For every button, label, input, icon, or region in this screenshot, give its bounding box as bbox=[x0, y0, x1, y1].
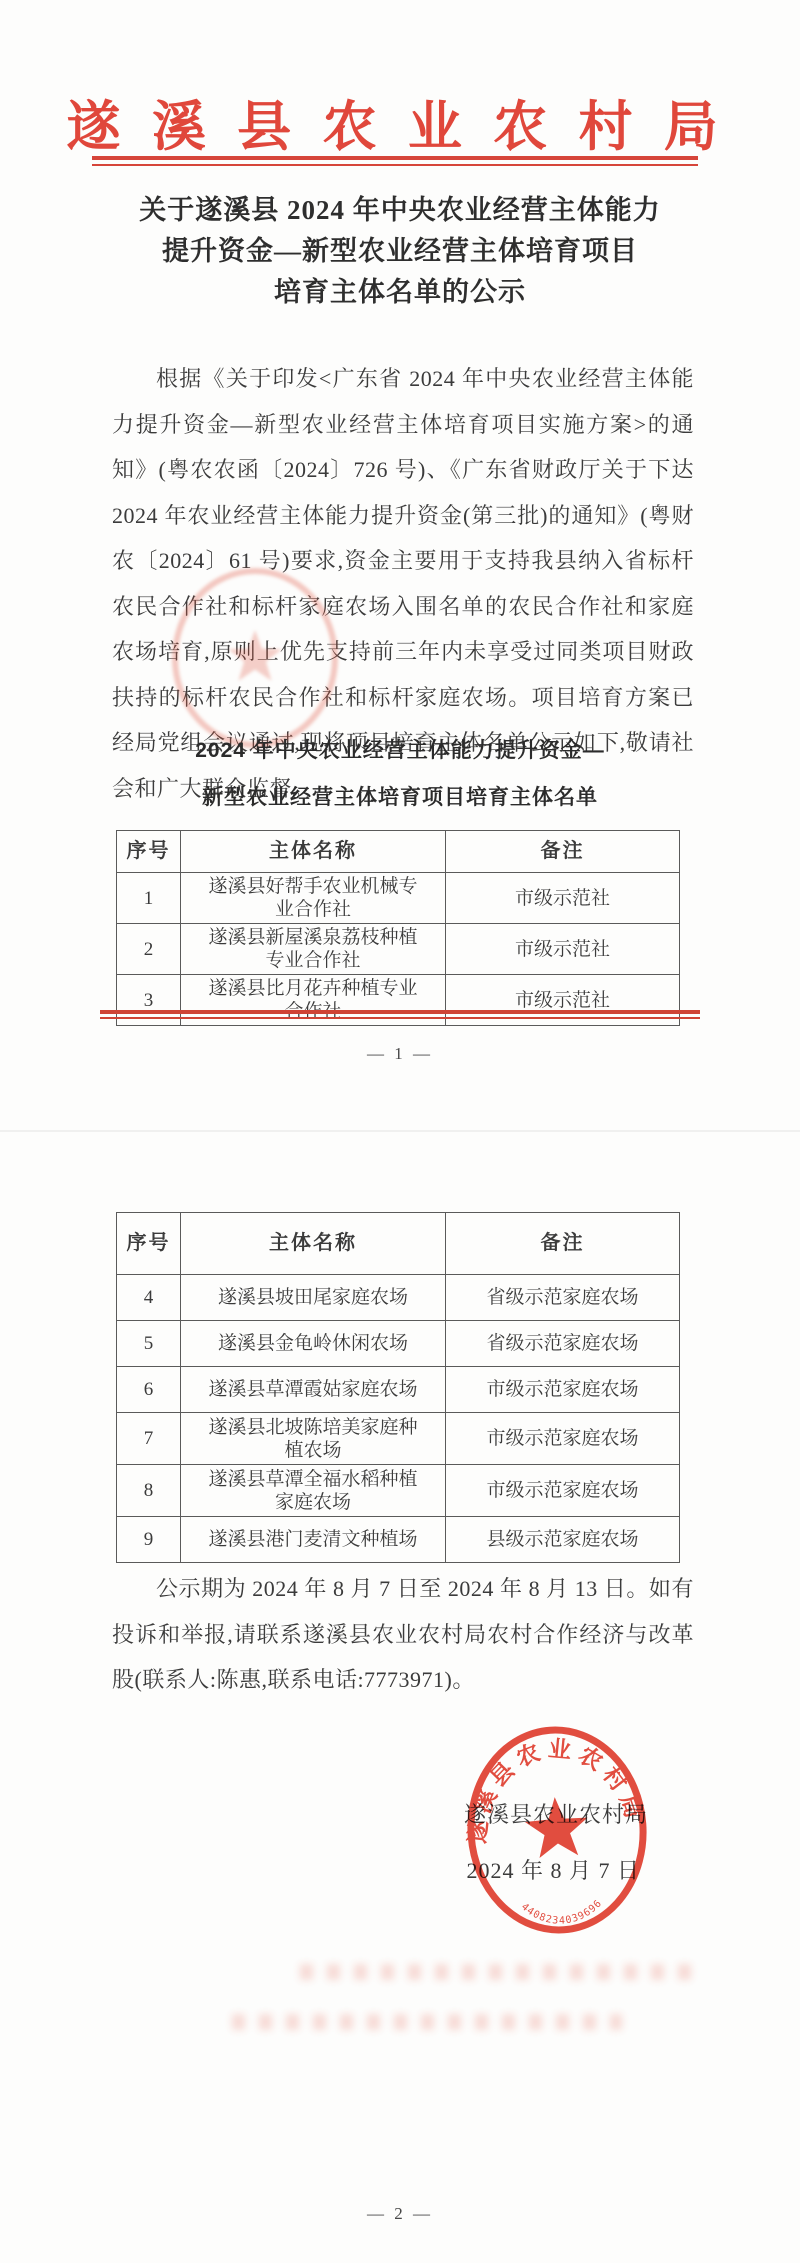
masthead-rule bbox=[92, 156, 698, 166]
row-note: 县级示范家庭农场 bbox=[446, 1517, 680, 1563]
col-header-name: 主体名称 bbox=[181, 831, 446, 873]
doc-title-line-1: 关于遂溪县 2024 年中央农业经营主体能力 bbox=[0, 190, 800, 231]
list-caption-line-1: 2024 年中央农业经营主体能力提升资金— bbox=[0, 727, 800, 774]
table-row: 7 遂溪县北坡陈培美家庭种植农场 市级示范家庭农场 bbox=[117, 1413, 680, 1465]
col-header-note: 备注 bbox=[446, 831, 680, 873]
doc-title-line-2: 提升资金—新型农业经营主体培育项目 bbox=[0, 231, 800, 272]
row-note: 市级示范家庭农场 bbox=[446, 1367, 680, 1413]
page1-red-rule bbox=[100, 1010, 700, 1019]
row-note: 市级示范社 bbox=[446, 924, 680, 975]
subjects-table-page2: 序号 主体名称 备注 4 遂溪县坡田尾家庭农场 省级示范家庭农场 5 遂溪县金龟… bbox=[116, 1212, 680, 1563]
list-caption-line-2: 新型农业经营主体培育项目培育主体名单 bbox=[0, 774, 800, 821]
row-name: 遂溪县港门麦清文种植场 bbox=[181, 1517, 446, 1563]
row-name: 遂溪县金龟岭休闲农场 bbox=[181, 1321, 446, 1367]
row-note: 省级示范家庭农场 bbox=[446, 1321, 680, 1367]
row-name: 遂溪县坡田尾家庭农场 bbox=[181, 1275, 446, 1321]
col-header-no: 序号 bbox=[117, 1213, 181, 1275]
row-name: 遂溪县草潭全福水稻种植家庭农场 bbox=[181, 1465, 446, 1517]
table-row: 6 遂溪县草潭霞姑家庭农场 市级示范家庭农场 bbox=[117, 1367, 680, 1413]
row-no: 9 bbox=[117, 1517, 181, 1563]
table-header-row: 序号 主体名称 备注 bbox=[117, 1213, 680, 1275]
row-name: 遂溪县草潭霞姑家庭农场 bbox=[181, 1367, 446, 1413]
table-row: 9 遂溪县港门麦清文种植场 县级示范家庭农场 bbox=[117, 1517, 680, 1563]
official-seal: 遂溪县农业农村局 4408234039696 bbox=[455, 1716, 660, 1945]
row-note: 省级示范家庭农场 bbox=[446, 1275, 680, 1321]
closing-paragraph: 公示期为 2024 年 8 月 7 日至 2024 年 8 月 13 日。如有投… bbox=[112, 1566, 694, 1703]
row-name: 遂溪县新屋溪泉荔枝种植专业合作社 bbox=[181, 924, 446, 975]
table-row: 4 遂溪县坡田尾家庭农场 省级示范家庭农场 bbox=[117, 1275, 680, 1321]
page2-number: — 2 — bbox=[0, 2204, 800, 2224]
faint-seal-star bbox=[228, 630, 281, 681]
table-row: 5 遂溪县金龟岭休闲农场 省级示范家庭农场 bbox=[117, 1321, 680, 1367]
row-note: 市级示范家庭农场 bbox=[446, 1413, 680, 1465]
table-header-row: 序号 主体名称 备注 bbox=[117, 831, 680, 873]
row-no: 2 bbox=[117, 924, 181, 975]
col-header-name: 主体名称 bbox=[181, 1213, 446, 1275]
bleed-through-smudge bbox=[300, 1964, 700, 1980]
row-note: 市级示范社 bbox=[446, 873, 680, 924]
table-row: 2 遂溪县新屋溪泉荔枝种植专业合作社 市级示范社 bbox=[117, 924, 680, 975]
doc-title-line-3: 培育主体名单的公示 bbox=[0, 272, 800, 313]
row-name: 遂溪县好帮手农业机械专业合作社 bbox=[181, 873, 446, 924]
col-header-note: 备注 bbox=[446, 1213, 680, 1275]
subjects-table-page1: 序号 主体名称 备注 1 遂溪县好帮手农业机械专业合作社 市级示范社 2 遂溪县… bbox=[116, 830, 680, 1026]
row-no: 7 bbox=[117, 1413, 181, 1465]
row-no: 4 bbox=[117, 1275, 181, 1321]
row-no: 5 bbox=[117, 1321, 181, 1367]
page1-number: — 1 — bbox=[0, 1044, 800, 1064]
seal-star-icon bbox=[523, 1795, 590, 1859]
row-no: 6 bbox=[117, 1367, 181, 1413]
agency-masthead: 遂溪县农业农村局 bbox=[0, 84, 800, 161]
table-row: 1 遂溪县好帮手农业机械专业合作社 市级示范社 bbox=[117, 873, 680, 924]
row-no: 8 bbox=[117, 1465, 181, 1517]
row-no: 1 bbox=[117, 873, 181, 924]
col-header-no: 序号 bbox=[117, 831, 181, 873]
table-row: 8 遂溪县草潭全福水稻种植家庭农场 市级示范家庭农场 bbox=[117, 1465, 680, 1517]
page-scan-divider bbox=[0, 1130, 800, 1132]
bleed-through-smudge bbox=[232, 2014, 622, 2030]
doc-title: 关于遂溪县 2024 年中央农业经营主体能力 提升资金—新型农业经营主体培育项目… bbox=[0, 190, 800, 313]
row-name: 遂溪县北坡陈培美家庭种植农场 bbox=[181, 1413, 446, 1465]
row-note: 市级示范家庭农场 bbox=[446, 1465, 680, 1517]
list-caption: 2024 年中央农业经营主体能力提升资金— 新型农业经营主体培育项目培育主体名单 bbox=[0, 727, 800, 821]
document-page: 遂溪县农业农村局 关于遂溪县 2024 年中央农业经营主体能力 提升资金—新型农… bbox=[0, 0, 800, 2263]
